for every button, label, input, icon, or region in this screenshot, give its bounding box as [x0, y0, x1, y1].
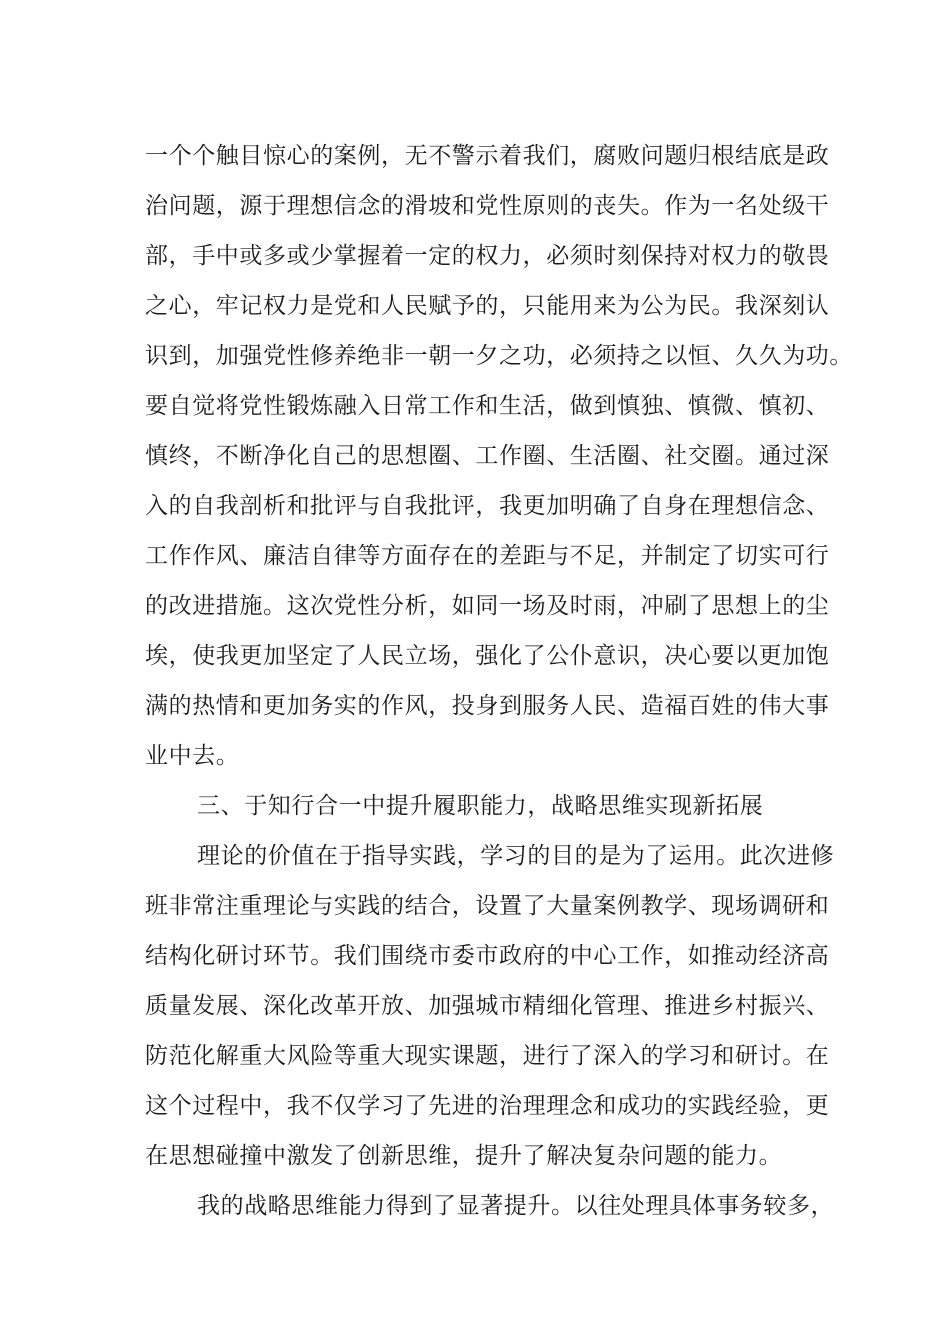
- text-line: 之心，牢记权力是党和人民赋予的，只能用来为公为民。我深刻认: [145, 281, 825, 331]
- text-line: 治问题，源于理想信念的滑坡和党性原则的丧失。作为一名处级干: [145, 181, 825, 231]
- text-line: 埃，使我更加坚定了人民立场，强化了公仆意识，决心要以更加饱: [145, 631, 825, 681]
- section-heading-three: 三、于知行合一中提升履职能力，战略思维实现新拓展: [145, 781, 825, 831]
- paragraph-theory-practice: 理论的价值在于指导实践，学习的目的是为了运用。此次进修 班非常注重理论与实践的结…: [145, 831, 825, 1181]
- heading-text: 三、于知行合一中提升履职能力，战略思维实现新拓展: [145, 781, 825, 831]
- text-line: 要自觉将党性锻炼融入日常工作和生活，做到慎独、慎微、慎初、: [145, 381, 825, 431]
- text-line: 我的战略思维能力得到了显著提升。以往处理具体事务较多，: [145, 1181, 825, 1231]
- text-line: 满的热情和更加务实的作风，投身到服务人民、造福百姓的伟大事: [145, 681, 825, 731]
- text-line: 识到，加强党性修养绝非一朝一夕之功，必须持之以恒、久久为功。: [145, 331, 825, 381]
- text-line: 班非常注重理论与实践的结合，设置了大量案例教学、现场调研和: [145, 881, 825, 931]
- paragraph-party-spirit: 一个个触目惊心的案例，无不警示着我们，腐败问题归根结底是政 治问题，源于理想信念…: [145, 131, 825, 781]
- text-line: 结构化研讨环节。我们围绕市委市政府的中心工作，如推动经济高: [145, 931, 825, 981]
- text-line: 防范化解重大风险等重大现实课题，进行了深入的学习和研讨。在: [145, 1031, 825, 1081]
- text-line: 的改进措施。这次党性分析，如同一场及时雨，冲刷了思想上的尘: [145, 581, 825, 631]
- text-line: 这个过程中，我不仅学习了先进的治理理念和成功的实践经验，更: [145, 1081, 825, 1131]
- document-page: 一个个触目惊心的案例，无不警示着我们，腐败问题归根结底是政 治问题，源于理想信念…: [145, 131, 825, 1231]
- text-line: 工作作风、廉洁自律等方面存在的差距与不足，并制定了切实可行: [145, 531, 825, 581]
- text-line: 慎终，不断净化自己的思想圈、工作圈、生活圈、社交圈。通过深: [145, 431, 825, 481]
- text-line: 部，手中或多或少掌握着一定的权力，必须时刻保持对权力的敬畏: [145, 231, 825, 281]
- text-line: 在思想碰撞中激发了创新思维，提升了解决复杂问题的能力。: [145, 1131, 825, 1181]
- text-line: 业中去。: [145, 731, 825, 781]
- text-line: 入的自我剖析和批评与自我批评，我更加明确了自身在理想信念、: [145, 481, 825, 531]
- text-line: 理论的价值在于指导实践，学习的目的是为了运用。此次进修: [145, 831, 825, 881]
- text-line: 质量发展、深化改革开放、加强城市精细化管理、推进乡村振兴、: [145, 981, 825, 1031]
- paragraph-strategic-thinking: 我的战略思维能力得到了显著提升。以往处理具体事务较多，: [145, 1181, 825, 1231]
- text-line: 一个个触目惊心的案例，无不警示着我们，腐败问题归根结底是政: [145, 131, 825, 181]
